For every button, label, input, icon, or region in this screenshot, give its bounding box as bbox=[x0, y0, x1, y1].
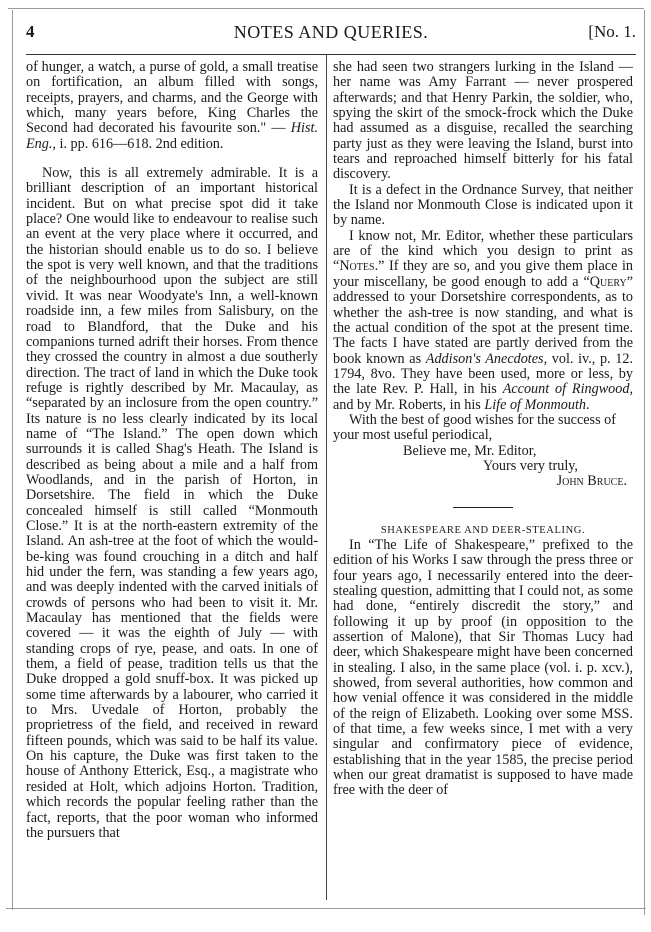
section-rule bbox=[453, 507, 513, 508]
right-column: she had seen two strangers lurking in th… bbox=[333, 60, 633, 799]
text: . bbox=[586, 397, 590, 413]
quote-source-tail: , i. pp. 616—618. 2nd edition. bbox=[52, 136, 223, 152]
header-rule bbox=[26, 54, 636, 55]
sign-off-line: Believe me, Mr. Editor, bbox=[333, 444, 633, 459]
page-header: 4 NOTES AND QUERIES. [No. 1. bbox=[26, 22, 636, 52]
sign-off-line: Yours very truly, bbox=[333, 459, 633, 474]
page-border-bottom bbox=[6, 908, 646, 909]
quote-text: of hunger, a watch, a purse of gold, a s… bbox=[26, 59, 318, 136]
paragraph: It is a defect in the Ordnance Survey, t… bbox=[333, 183, 633, 229]
left-column: of hunger, a watch, a purse of gold, a s… bbox=[26, 60, 318, 841]
column-divider bbox=[326, 55, 327, 900]
page-border-left bbox=[12, 10, 13, 910]
issue-number: [No. 1. bbox=[588, 22, 636, 42]
paragraph: I know not, Mr. Editor, whether these pa… bbox=[333, 229, 633, 413]
paragraph: In “The Life of Shakespeare,” prefixed t… bbox=[333, 538, 633, 799]
quote-paragraph: of hunger, a watch, a purse of gold, a s… bbox=[26, 60, 318, 152]
signature: John Bruce. bbox=[333, 474, 633, 489]
paragraph: Now, this is all extremely admirable. It… bbox=[26, 166, 318, 841]
text: .” If they are so, and you give them pla… bbox=[333, 258, 633, 289]
closing: With the best of good wishes for the suc… bbox=[333, 413, 633, 444]
paragraph: she had seen two strangers lurking in th… bbox=[333, 60, 633, 183]
query-term: Query bbox=[590, 274, 627, 290]
notes-term: Notes bbox=[339, 258, 374, 274]
book-title: Life of Monmouth bbox=[484, 397, 586, 413]
book-title: Addison's Anecdotes bbox=[426, 351, 544, 367]
paragraph-gap bbox=[26, 152, 318, 166]
book-title: Account of Ringwood bbox=[503, 381, 630, 397]
section-heading: SHAKESPEARE AND DEER-STEALING. bbox=[333, 523, 633, 538]
page-border-top bbox=[8, 8, 644, 9]
page-border-right bbox=[644, 10, 645, 915]
journal-title: NOTES AND QUERIES. bbox=[26, 22, 636, 43]
